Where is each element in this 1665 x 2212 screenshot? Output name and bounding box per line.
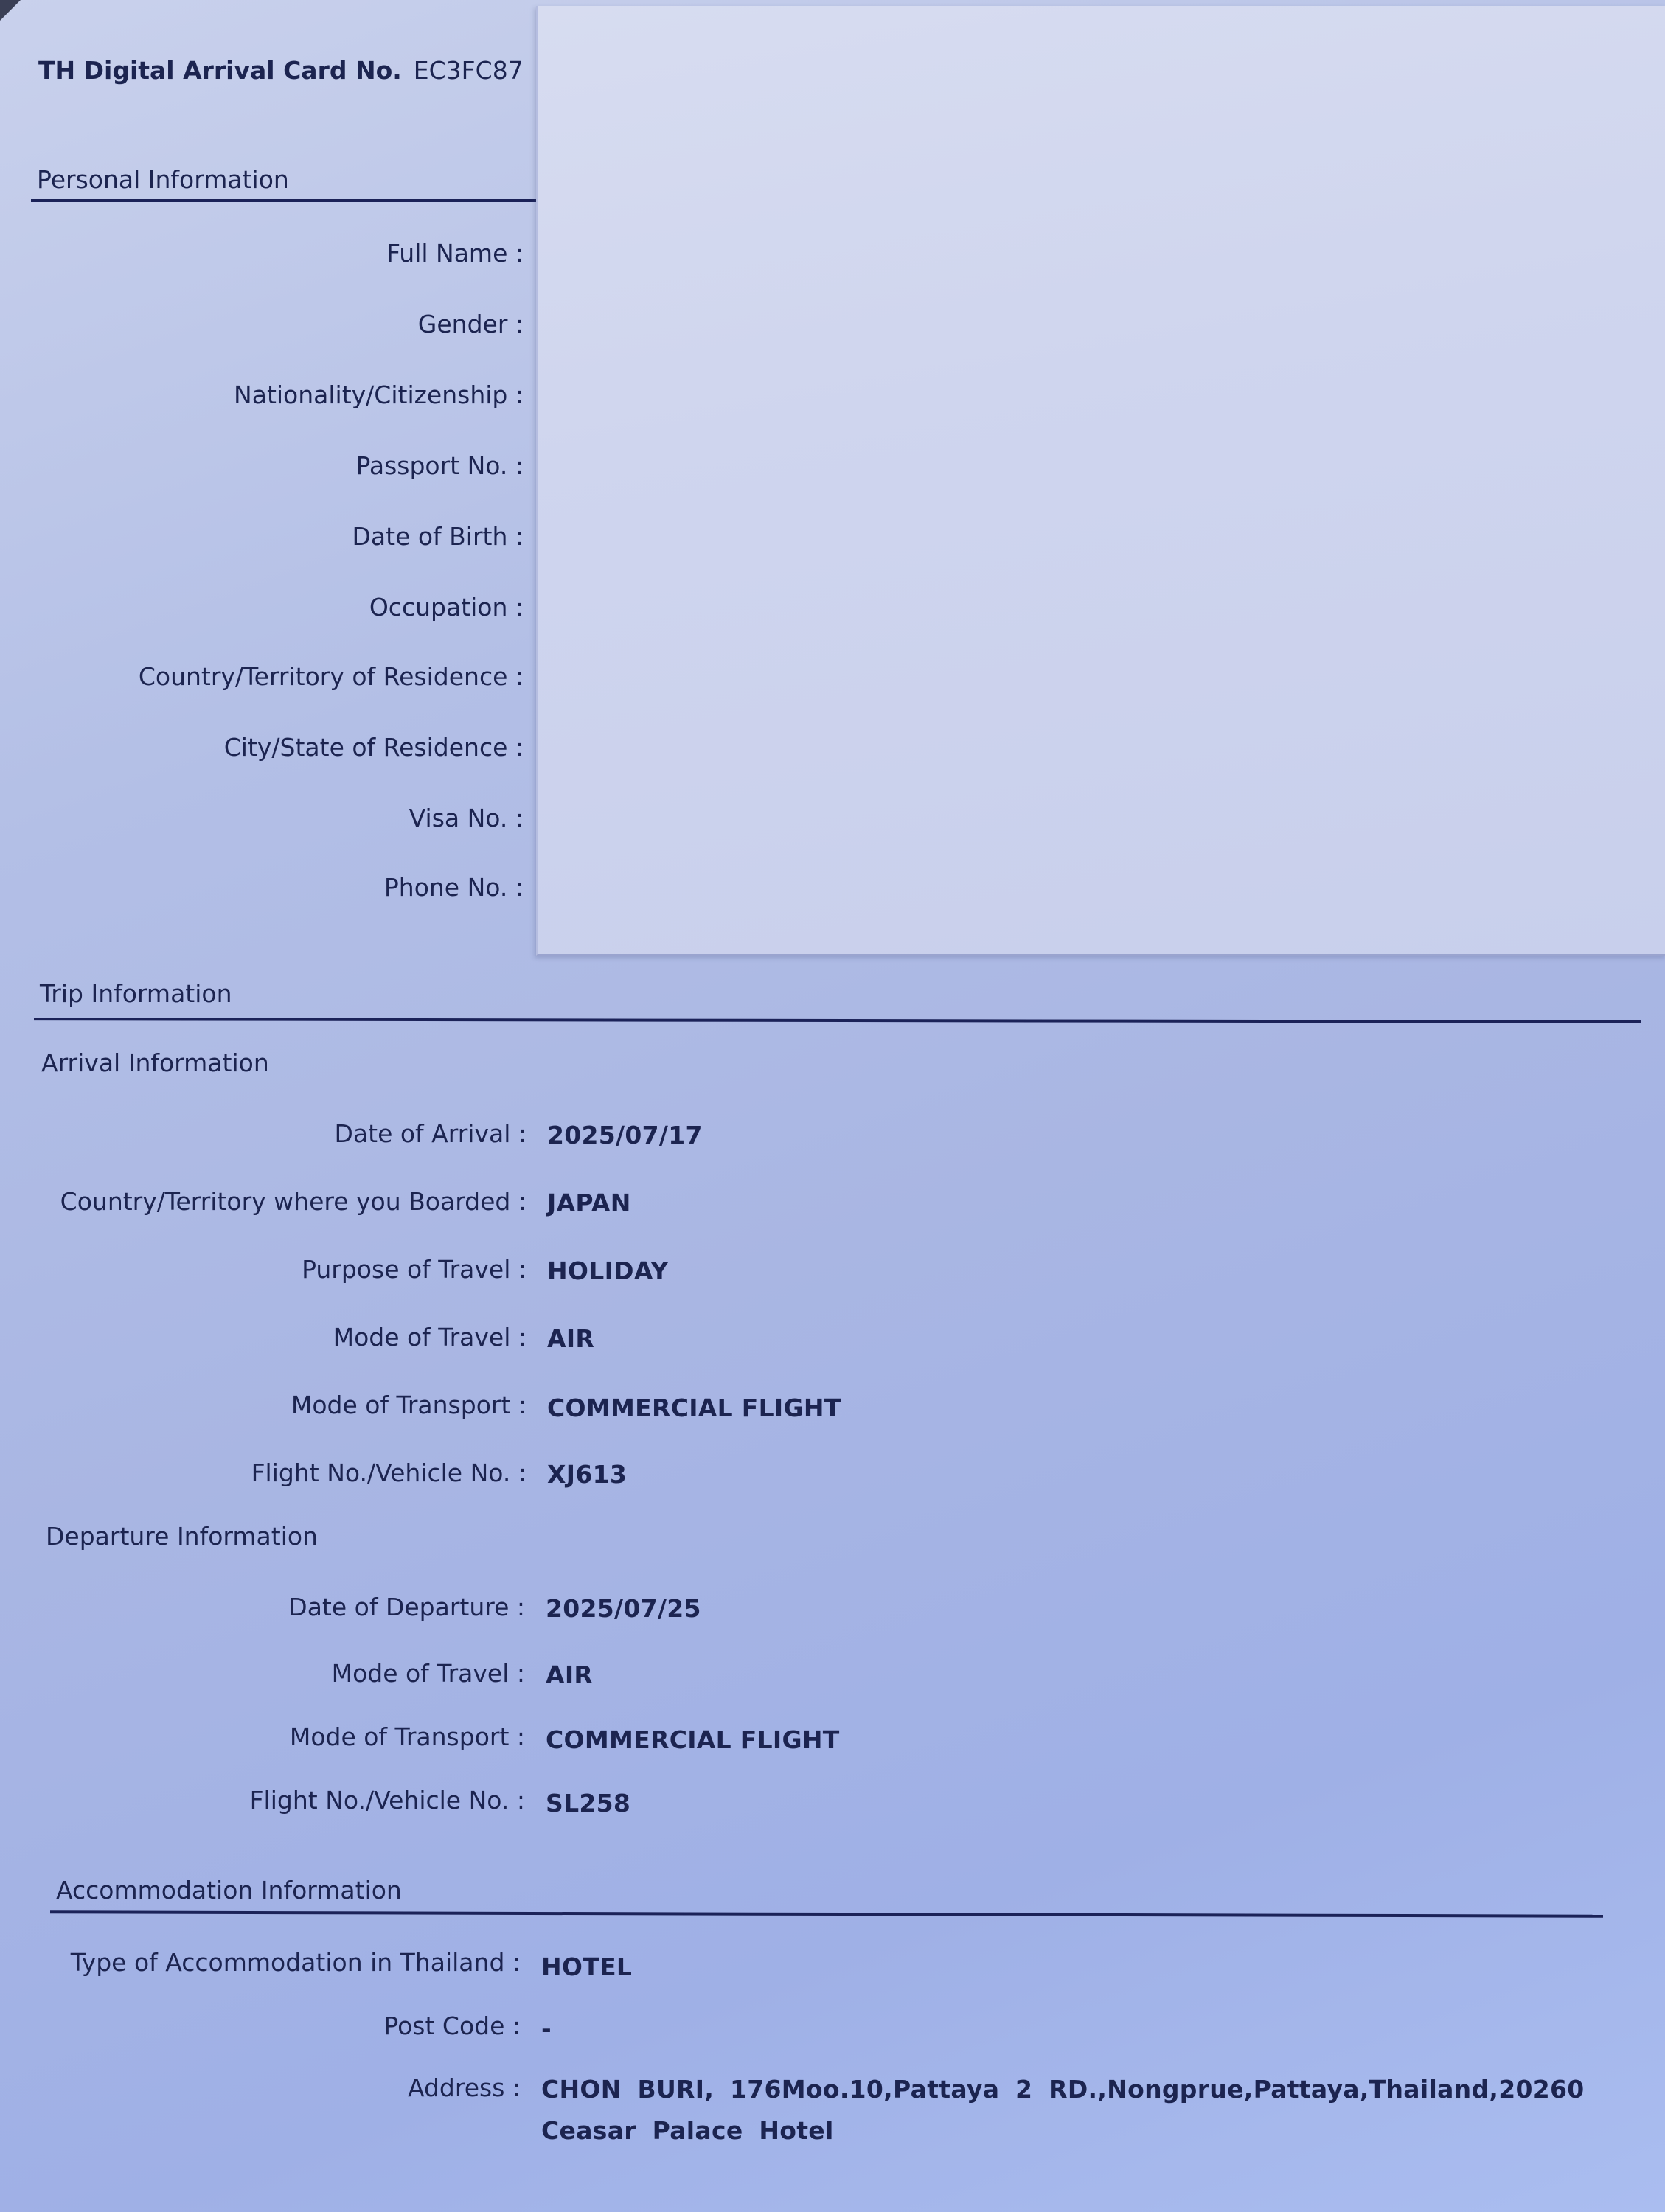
- field-label-purpose-of-travel: Purpose of Travel :: [302, 1255, 526, 1284]
- field-value-arrival-flight-no: XJ613: [547, 1460, 627, 1489]
- field-value-accommodation-type: HOTEL: [541, 1952, 632, 1981]
- field-label-departure-flight-no: Flight No./Vehicle No. :: [250, 1786, 525, 1815]
- field-label-nationality: Nationality/Citizenship :: [234, 380, 524, 409]
- field-label-occupation: Occupation :: [369, 593, 524, 622]
- field-label-accommodation-type: Type of Accommodation in Thailand :: [71, 1948, 521, 1977]
- field-label-phone-no: Phone No. :: [384, 873, 524, 902]
- field-label-gender: Gender :: [418, 310, 524, 338]
- field-label-address: Address :: [408, 2073, 521, 2102]
- field-label-departure-mode-of-travel: Mode of Travel :: [332, 1659, 525, 1688]
- field-label-date-of-arrival: Date of Arrival :: [335, 1119, 527, 1148]
- field-value-purpose-of-travel: HOLIDAY: [547, 1256, 669, 1285]
- card-number: EC3FC87: [414, 56, 524, 85]
- field-value-departure-mode-of-transport: COMMERCIAL FLIGHT: [546, 1725, 840, 1754]
- field-value-arrival-mode-of-travel: AIR: [547, 1324, 594, 1353]
- field-value-date-of-departure: 2025/07/25: [546, 1594, 701, 1623]
- trip-info-heading: Trip Information: [40, 979, 232, 1008]
- arrival-info-heading: Arrival Information: [41, 1048, 269, 1077]
- accommodation-info-heading: Accommodation Information: [56, 1876, 402, 1905]
- field-label-passport-no: Passport No. :: [355, 451, 524, 480]
- field-label-date-of-birth: Date of Birth :: [352, 522, 524, 551]
- field-label-arrival-flight-no: Flight No./Vehicle No. :: [251, 1458, 526, 1487]
- personal-info-divider: [31, 199, 540, 202]
- field-value-arrival-mode-of-transport: COMMERCIAL FLIGHT: [547, 1394, 841, 1422]
- field-label-city-of-residence: City/State of Residence :: [224, 733, 524, 762]
- departure-info-heading: Departure Information: [46, 1522, 318, 1551]
- field-value-date-of-arrival: 2025/07/17: [547, 1121, 703, 1150]
- field-label-departure-mode-of-transport: Mode of Transport :: [290, 1722, 525, 1751]
- card-title-label: TH Digital Arrival Card No.: [38, 56, 402, 85]
- field-value-departure-flight-no: SL258: [546, 1789, 630, 1818]
- accommodation-info-divider: [50, 1910, 1603, 1918]
- field-value-departure-mode-of-travel: AIR: [546, 1660, 593, 1689]
- field-label-post-code: Post Code :: [383, 2011, 521, 2040]
- photo-corner-shadow: [0, 0, 21, 21]
- field-label-arrival-mode-of-travel: Mode of Travel :: [333, 1323, 526, 1352]
- field-label-boarded-country: Country/Territory where you Boarded :: [60, 1187, 526, 1216]
- field-label-arrival-mode-of-transport: Mode of Transport :: [291, 1391, 526, 1419]
- field-value-address: CHON BURI, 176Moo.10,Pattaya 2 RD.,Nongp…: [541, 2069, 1588, 2152]
- field-value-boarded-country: JAPAN: [547, 1189, 631, 1217]
- field-label-visa-no: Visa No. :: [409, 804, 524, 832]
- field-label-date-of-departure: Date of Departure :: [288, 1593, 525, 1621]
- trip-info-divider: [34, 1018, 1641, 1023]
- card-title: TH Digital Arrival Card No.EC3FC87: [38, 56, 524, 85]
- field-value-post-code: -: [541, 2014, 552, 2043]
- field-label-full-name: Full Name :: [386, 239, 524, 268]
- personal-info-heading: Personal Information: [37, 165, 289, 194]
- field-label-country-of-residence: Country/Territory of Residence :: [139, 662, 524, 691]
- covering-paper-overlay: [536, 6, 1665, 956]
